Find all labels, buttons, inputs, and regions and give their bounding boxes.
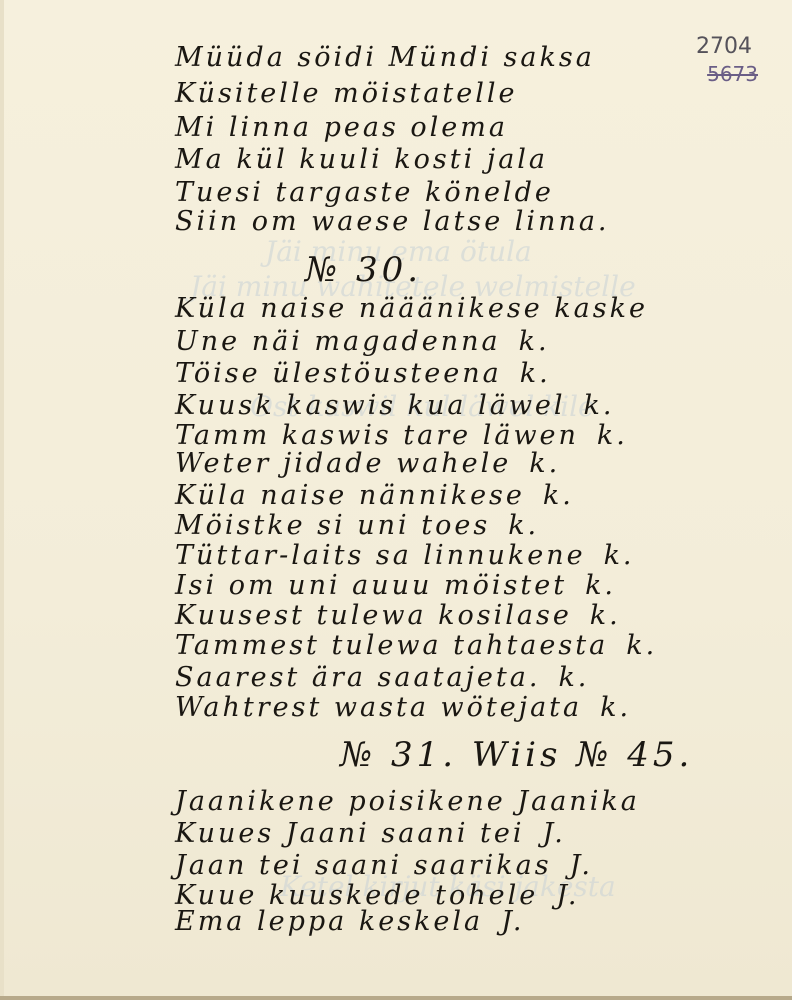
verse-line: Küla naise nännikesek. [175,480,574,511]
manuscript-page: Jäi minu ema ötula Jäi minu wahitetele w… [0,0,792,1000]
refrain-mark: k. [585,570,616,601]
verse-line: Weter jidade wahelek. [175,448,560,479]
verse-line: Kuues Jaani saani teiJ. [175,818,566,849]
refrain-mark: J. [556,880,579,911]
refrain-mark: k. [604,540,635,571]
verse-line: Küsitelle möistatelle [175,78,518,109]
refrain-mark: k. [508,510,539,541]
refrain-mark: J. [570,850,593,881]
song-heading: № 30. [305,250,422,290]
verse-line: Küla naise nääänikese kaske [175,293,648,324]
refrain-mark: k. [584,390,615,421]
refrain-mark: k. [626,630,657,661]
verse-line: Saarest ära saatajeta.k. [175,662,589,693]
verse-line: Jaan tei saani saarikasJ. [175,850,593,881]
refrain-mark: k. [600,692,631,723]
verse-line: Isi om uni auuu möistetk. [175,570,616,601]
verse-line: Tüttar-laits sa linnukenek. [175,540,635,571]
verse-line: Kuusest tulewa kosilasek. [175,600,621,631]
verse-line: Tamm kaswis tare läwenk. [175,420,628,451]
verse-line: Jaanikene poisikene Jaanika [175,786,640,817]
refrain-mark: k. [519,326,550,357]
refrain-mark: k. [597,420,628,451]
refrain-mark: J. [543,818,566,849]
old-archive-number: 5673 [707,62,758,86]
verse-line: Töise ülestöusteenak. [175,358,551,389]
page-edge-left [0,0,4,1000]
archive-number: 2704 [696,34,752,59]
verse-line: Ma kül kuuli kosti jala [175,144,548,175]
verse-line: Wahtrest wasta wötejatak. [175,692,631,723]
page-edge-bottom [0,996,792,1000]
song-heading: № 31. Wiis № 45. [340,735,693,775]
verse-line: Möistke si uni toesk. [175,510,539,541]
verse-line: Kuusk kaswis kua läwelk. [175,390,615,421]
verse-line: Tuesi targaste könelde [175,177,554,208]
verse-line: Müüda söidi Mündi saksa [175,42,595,73]
verse-line: Mi linna peas olema [175,112,508,143]
verse-line: Une näi magadennak. [175,326,550,357]
refrain-mark: J. [501,906,524,937]
refrain-mark: k. [558,662,589,693]
verse-line: Siin om waese latse linna. [175,206,610,237]
refrain-mark: k. [520,358,551,389]
refrain-mark: k. [590,600,621,631]
verse-line: Tammest tulewa tahtaestak. [175,630,657,661]
refrain-mark: k. [529,448,560,479]
refrain-mark: k. [543,480,574,511]
verse-line: Ema leppa keskelaJ. [175,906,524,937]
